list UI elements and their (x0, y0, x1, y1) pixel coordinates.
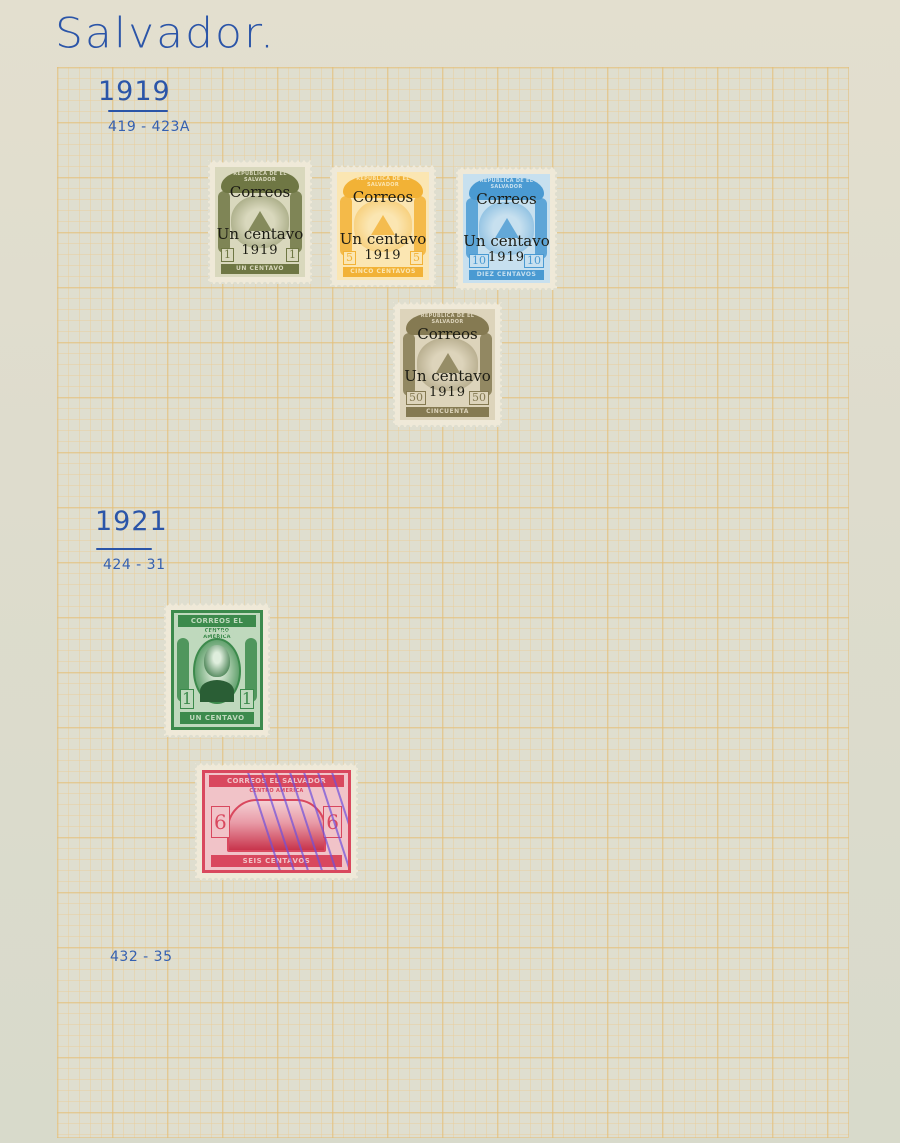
battle-scene-vignette (227, 799, 326, 852)
stamp-1919-50c[interactable]: REPUBLICA DE EL SALVADOR 50 50 CINCUENTA… (393, 302, 502, 427)
section-year-1921: 1921 (95, 506, 168, 537)
section-year-1919: 1919 (98, 76, 171, 107)
stamp-design: REPUBLICA DE EL SALVADOR 10 10 DIEZ CENT… (463, 174, 550, 283)
stamp-1919-1c[interactable]: REPUBLICA DE EL SALVADOR 1 1 UN CENTAVO … (208, 160, 312, 284)
stamp-1919-5c[interactable]: REPUBLICA DE EL SALVADOR 5 5 CINCO CENTA… (330, 165, 436, 287)
stamp-design: REPUBLICA DE EL SALVADOR 1 1 UN CENTAVO … (215, 167, 305, 277)
country-heading: Salvador. (55, 9, 276, 57)
portrait-head-icon (204, 645, 230, 677)
catalog-range-1921b: 432 - 35 (110, 949, 173, 965)
stamp-design: CORREOS EL SALVADOR CENTRO AMERICA 1 1 U… (171, 610, 263, 730)
stamp-1919-10c[interactable]: REPUBLICA DE EL SALVADOR 10 10 DIEZ CENT… (456, 167, 557, 290)
catalog-range-1921: 424 - 31 (103, 557, 166, 573)
stamp-1921-6c[interactable]: CORREOS EL SALVADOR CENTRO AMERICA 6 6 S… (195, 763, 358, 880)
year-underline (96, 548, 152, 550)
stamp-design: REPUBLICA DE EL SALVADOR 5 5 CINCO CENTA… (337, 172, 429, 280)
stamp-design: CORREOS EL SALVADOR CENTRO AMERICA 6 6 S… (202, 770, 351, 873)
catalog-range-1919: 419 - 423A (108, 119, 190, 135)
stamp-design: REPUBLICA DE EL SALVADOR 50 50 CINCUENTA… (400, 309, 495, 420)
album-page: Salvador. 1919 419 - 423A REPUBLICA DE E… (0, 0, 900, 1143)
year-underline (108, 110, 168, 112)
stamp-1921-1c[interactable]: CORREOS EL SALVADOR CENTRO AMERICA 1 1 U… (164, 603, 270, 737)
